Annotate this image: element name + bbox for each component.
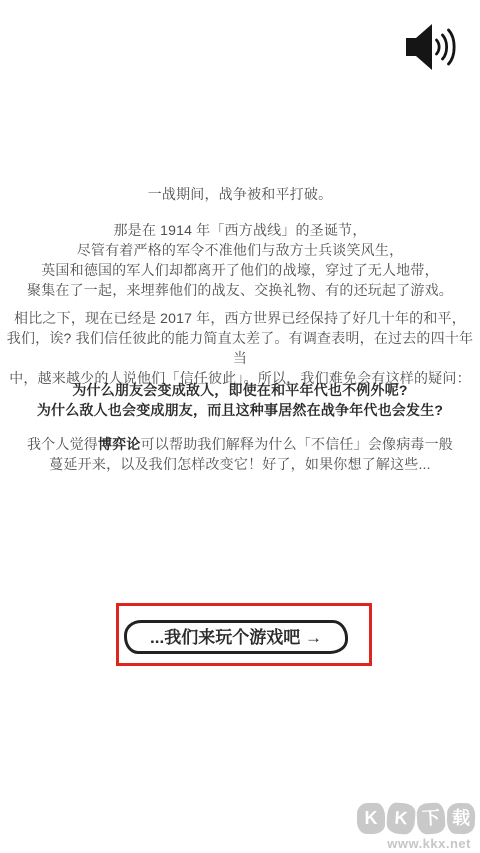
text-line: 那是在 1914 年「西方战线」的圣诞节， — [0, 220, 480, 240]
text-segment: 可以帮助我们解释为什么「不信任」会像病毒一般 — [141, 436, 453, 452]
intro-paragraph-1914: 那是在 1914 年「西方战线」的圣诞节， 尽管有着严格的军令不准他们与敌方士兵… — [0, 220, 480, 300]
watermark-logo-char: K — [386, 802, 416, 835]
play-game-button[interactable]: ...我们来玩个游戏吧 → — [124, 620, 348, 654]
text-line: 相比之下，现在已经是 2017 年，西方世界已经保持了好几十年的和平， — [0, 308, 480, 328]
text-line: 聚集在了一起，来埋葬他们的战友、交换礼物、有的还玩起了游戏。 — [0, 280, 480, 300]
text-line: 我们，诶? 我们信任彼此的能力简直太差了。有调查表明，在过去的四十年当 — [0, 328, 480, 368]
intro-paragraph-2017: 相比之下，现在已经是 2017 年，西方世界已经保持了好几十年的和平， 我们，诶… — [0, 308, 480, 388]
intro-paragraph-game-theory: 我个人觉得博弈论可以帮助我们解释为什么「不信任」会像病毒一般 蔓延开来，以及我们… — [0, 434, 480, 474]
watermark-url: www.kkx.net — [347, 836, 477, 851]
game-theory-term: 博弈论 — [98, 436, 141, 452]
watermark: K K 下 载 www.kkx.net — [347, 803, 477, 851]
text-segment: 我个人觉得 — [27, 436, 98, 452]
question-line: 为什么朋友会变成敌人，即使在和平年代也不例外呢? — [0, 380, 480, 400]
watermark-logo: K K 下 载 — [347, 803, 477, 834]
intro-questions: 为什么朋友会变成敌人，即使在和平年代也不例外呢? 为什么敌人也会变成朋友，而且这… — [0, 380, 480, 420]
text-line: 我个人觉得博弈论可以帮助我们解释为什么「不信任」会像病毒一般 — [0, 434, 480, 454]
text-line: 蔓延开来，以及我们怎样改变它！好了，如果你想了解这些... — [0, 454, 480, 474]
watermark-logo-char: K — [357, 803, 385, 834]
speaker-volume-icon — [405, 60, 459, 75]
text-line: 英国和德国的军人们却都离开了他们的战壕，穿过了无人地带， — [0, 260, 480, 280]
intro-line-war-peace: 一战期间，战争被和平打破。 — [0, 184, 480, 204]
watermark-logo-char: 下 — [416, 802, 446, 834]
text-line: 尽管有着严格的军令不准他们与敌方士兵谈笑风生， — [0, 240, 480, 260]
sound-toggle-button[interactable] — [405, 22, 459, 72]
watermark-logo-char: 载 — [446, 803, 475, 835]
game-intro-page: 一战期间，战争被和平打破。 那是在 1914 年「西方战线」的圣诞节， 尽管有着… — [0, 0, 480, 853]
question-line: 为什么敌人也会变成朋友，而且这种事居然在战争年代也会发生? — [0, 400, 480, 420]
